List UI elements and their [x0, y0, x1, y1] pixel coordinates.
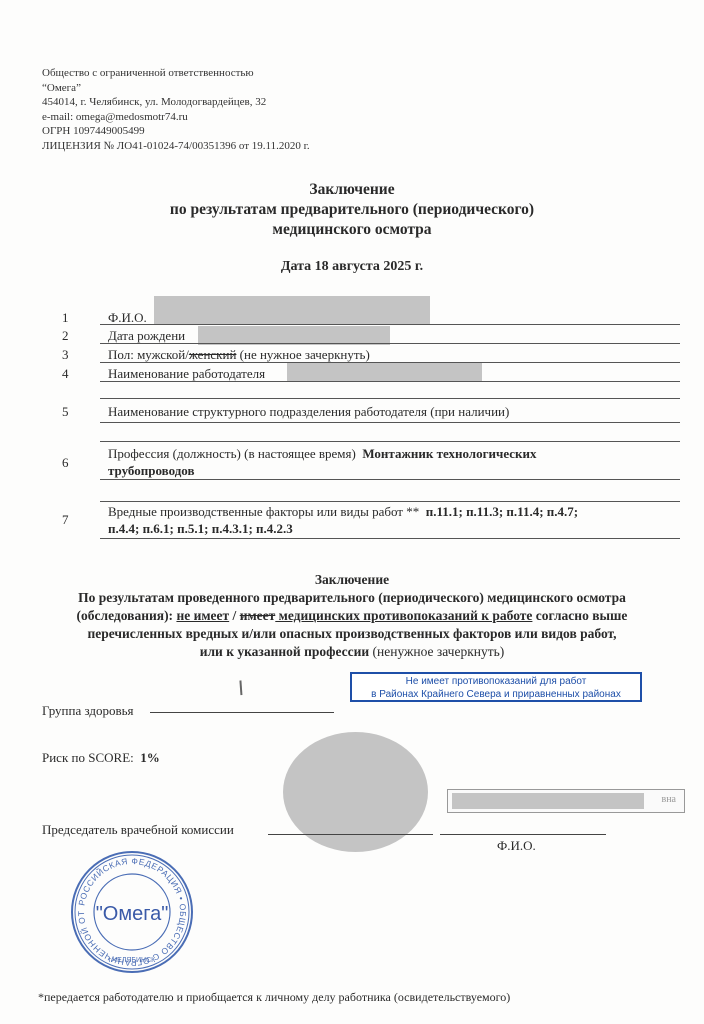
separator: / [229, 608, 240, 623]
fio-line [440, 834, 606, 835]
hazards-label: Вредные производственные факторы или вид… [108, 504, 419, 519]
row-number: 3 [62, 347, 76, 363]
seal-center-text: "Омега" [96, 903, 169, 925]
redacted-fio [154, 296, 430, 324]
field-profession: Профессия (должность) (в настоящее время… [108, 446, 537, 462]
fio-caption: Ф.И.О. [497, 838, 536, 854]
row-divider [100, 398, 680, 399]
profession-label: Профессия (должность) (в настоящее время… [108, 446, 356, 461]
score-value: 1% [140, 750, 160, 765]
org-license: ЛИЦЕНЗИЯ № ЛО41-01024-74/00351396 от 19.… [42, 139, 310, 154]
chairman-name-box: вна [447, 789, 685, 813]
document-title: Заключение по результатам предварительно… [0, 180, 704, 240]
health-group-label: Группа здоровья [42, 703, 134, 719]
org-ogrn: ОГРН 1097449005499 [42, 124, 310, 139]
row-divider [100, 538, 680, 539]
company-seal: РОССИЙСКАЯ ФЕДЕРАЦИЯ • ОБЩЕСТВО С ОГРАНИ… [68, 848, 196, 976]
stamp-line-1: Не имеет противопоказаний для работ [352, 675, 640, 688]
title-line-1: Заключение [0, 180, 704, 200]
hazards-value-cont: п.4.4; п.6.1; п.5.1; п.4.3.1; п.4.2.3 [108, 521, 293, 537]
conclusion-line-3: перечисленных вредных и/или опасных прои… [0, 625, 704, 643]
strike-hint: (ненужное зачеркнуть) [369, 644, 504, 659]
chairman-label: Председатель врачебной комиссии [42, 822, 234, 838]
title-line-3: медицинского осмотра [0, 220, 704, 240]
seal-city-text: г.ЧЕЛЯБИНСК [109, 957, 156, 964]
row-divider [100, 479, 680, 480]
sex-label: Пол: мужской/ [108, 347, 189, 362]
conclusion-line-1: По результатам проведенного предваритель… [0, 589, 704, 607]
row-divider [100, 441, 680, 442]
conclusion-line-4: или к указанной профессии (ненужное заче… [0, 643, 704, 661]
score-label: Риск по SCORE: [42, 750, 134, 765]
name-suffix: вна [661, 794, 676, 805]
row-divider [100, 343, 680, 344]
profession-value: Монтажник технологических [362, 446, 536, 461]
field-hazards: Вредные производственные факторы или вид… [108, 504, 578, 520]
row-number: 5 [62, 404, 76, 420]
signature-line [268, 834, 433, 835]
row-number: 4 [62, 366, 76, 382]
health-group-line [150, 712, 334, 713]
field-sex: Пол: мужской/женский (не нужное зачеркну… [108, 347, 370, 363]
conclusion-suffix: согласно выше [532, 608, 627, 623]
org-brand: “Омега” [42, 81, 310, 96]
north-regions-stamp: Не имеет противопоказаний для работ в Ра… [350, 672, 642, 702]
contraindications-text: медицинских противопоказаний к работе [275, 608, 532, 623]
field-employer-label: Наименование работодателя [108, 366, 265, 382]
title-line-2: по результатам предварительного (периоди… [0, 200, 704, 220]
redacted-chairman-name [452, 793, 644, 809]
field-department-label: Наименование структурного подразделения … [108, 404, 509, 420]
row-divider [100, 501, 680, 502]
row-number: 7 [62, 512, 76, 528]
profession-value-cont: трубопроводов [108, 463, 195, 479]
hazards-value: п.11.1; п.11.3; п.11.4; п.4.7; [426, 504, 578, 519]
row-divider [100, 422, 680, 423]
health-group-value: I [237, 676, 245, 700]
row-number: 2 [62, 328, 76, 344]
conclusion-prefix: (обследования): [77, 608, 177, 623]
conclusion-heading: Заключение [0, 571, 704, 589]
redacted-employer [287, 363, 482, 381]
selected-option: не имеет [176, 608, 229, 623]
org-name: Общество с ограниченной ответственностью [42, 66, 310, 81]
score-field: Риск по SCORE: 1% [42, 750, 160, 766]
org-address: 454014, г. Челябинск, ул. Молодогвардейц… [42, 95, 310, 110]
row-divider [100, 381, 680, 382]
struck-option: имеет [240, 608, 276, 623]
row-number: 6 [62, 455, 76, 471]
profession-clause: или к указанной профессии [200, 644, 369, 659]
field-birthdate-label: Дата рождени [108, 328, 185, 344]
row-divider [100, 324, 680, 325]
document-date: Дата 18 августа 2025 г. [0, 259, 704, 275]
conclusion-block: Заключение По результатам проведенного п… [0, 571, 704, 661]
footer-note: *передается работодателю и приобщается к… [38, 990, 510, 1005]
sex-struck-option: женский [189, 347, 237, 362]
sex-hint: (не нужное зачеркнуть) [236, 347, 369, 362]
stamp-line-2: в Районах Крайнего Севера и приравненных… [352, 688, 640, 701]
org-email: e-mail: omega@medosmotr74.ru [42, 110, 310, 125]
organization-details: Общество с ограниченной ответственностью… [42, 66, 310, 153]
conclusion-line-2: (обследования): не имеет / имеет медицин… [0, 607, 704, 625]
row-number: 1 [62, 310, 76, 326]
